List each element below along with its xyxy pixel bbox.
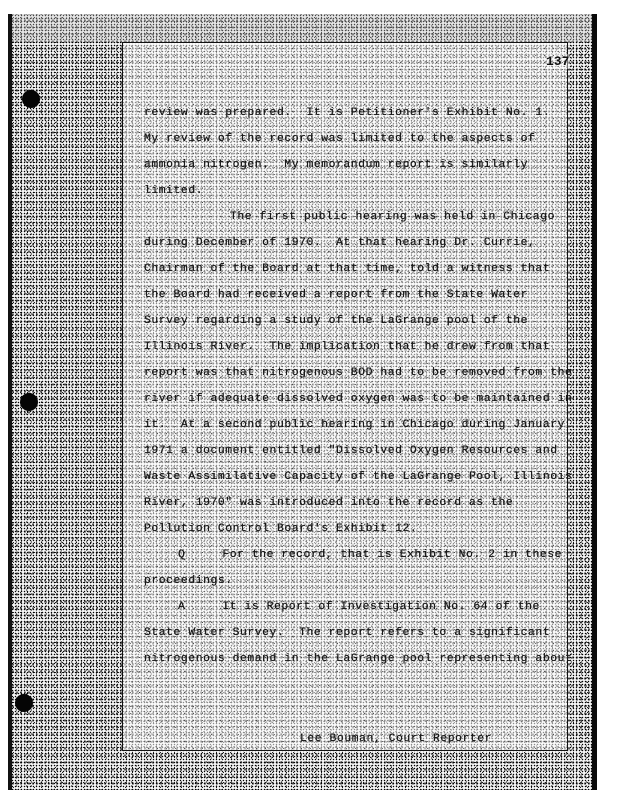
transcript-line: ammonia nitrogen. My memorandum report i… [144, 158, 528, 172]
transcript-line: My review of the record was limited to t… [144, 132, 535, 146]
transcript-line: it. At a second public hearing in Chicag… [144, 418, 565, 432]
transcript-line: limited. [144, 184, 203, 198]
transcript-line: river if adequate dissolved oxygen was t… [144, 392, 572, 406]
transcript-line: 1971 a document entitled "Dissolved Oxyg… [144, 444, 558, 458]
top-margin [8, 14, 596, 42]
punch-hole-icon [15, 694, 33, 712]
court-reporter-footer: Lee Bouman, Court Reporter [300, 733, 492, 745]
page-right-edge [592, 14, 597, 790]
transcript-question-line: Q For the record, that is Exhibit No. 2 … [178, 548, 562, 562]
punch-hole-icon [22, 90, 40, 108]
transcript-line: Pollution Control Board's Exhibit 12. [144, 522, 417, 536]
page-left-edge [8, 14, 12, 790]
transcript-line: Chairman of the Board at that time, told… [144, 262, 550, 276]
transcript-line: nitrogenous demand in the LaGrange pool … [144, 652, 572, 666]
transcript-line: report was that nitrogenous BOD had to b… [144, 366, 572, 380]
transcript-line: proceedings. [144, 574, 233, 588]
transcript-line: State Water Survey. The report refers to… [144, 626, 550, 640]
page-number: 137 [546, 54, 569, 69]
transcript-line: review was prepared. It is Petitioner's … [144, 106, 550, 120]
transcript-line: during December of 1970. At that hearing… [144, 236, 535, 250]
transcript-line: Waste Assimilative Capacity of the LaGra… [144, 470, 572, 484]
transcript-line: River, 1970" was introduced into the rec… [144, 496, 513, 510]
transcript-line: Survey regarding a study of the LaGrange… [144, 314, 528, 328]
transcript-line: Illinois River. The implication that he … [144, 340, 550, 354]
transcript-answer-line: A It is Report of Investigation No. 64 o… [178, 600, 540, 614]
punch-hole-icon [20, 393, 38, 411]
transcript-line: The first public hearing was held in Chi… [230, 210, 555, 224]
transcript-line: the Board had received a report from the… [144, 288, 528, 302]
